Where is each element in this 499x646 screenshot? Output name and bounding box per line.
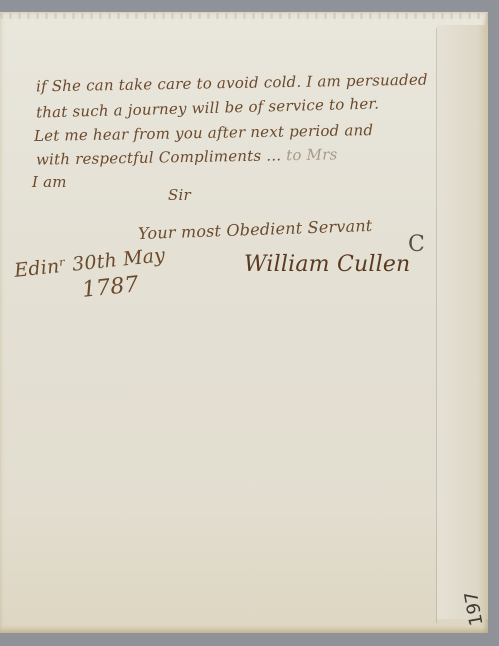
faded-text: to Mrs — [286, 145, 338, 164]
closing-i-am: I am — [32, 173, 67, 191]
margin-mark: C — [408, 232, 425, 257]
page-edge-strip — [437, 25, 488, 619]
closing-salutation: Sir — [168, 186, 191, 204]
signature: William Cullen — [244, 252, 410, 277]
